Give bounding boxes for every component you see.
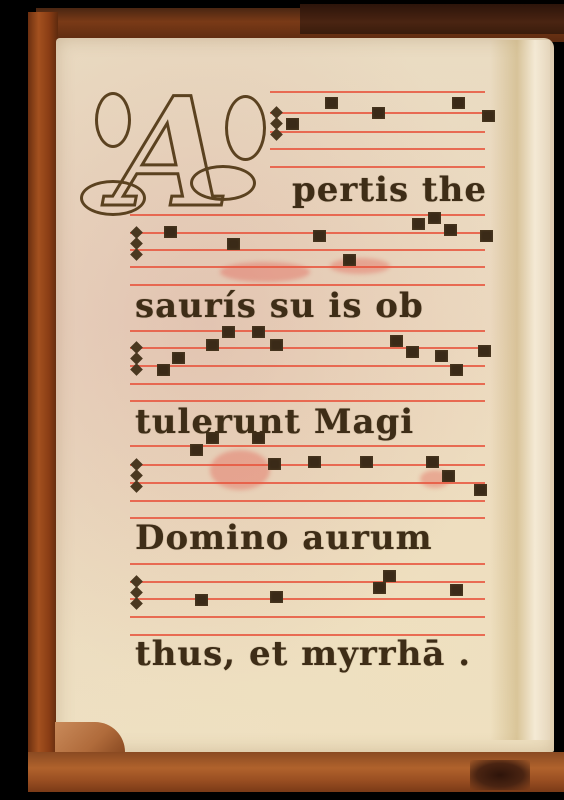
lyric-line-5: thus, et myrrhā . — [135, 634, 471, 674]
neume-note — [412, 218, 425, 230]
neume-note — [157, 364, 170, 376]
staff-line — [130, 266, 485, 268]
neume-note — [222, 326, 235, 338]
staff-line — [130, 500, 485, 502]
neume-note — [270, 339, 283, 351]
staff-line — [270, 131, 485, 133]
neume-note — [164, 226, 177, 238]
neume-note — [206, 339, 219, 351]
staff-line — [270, 166, 485, 168]
neume-note — [474, 484, 487, 496]
neume-note — [383, 570, 396, 582]
neume-note — [452, 97, 465, 109]
neume-note — [482, 110, 495, 122]
staff-line — [130, 249, 485, 251]
neume-note — [313, 230, 326, 242]
staff-line — [130, 330, 485, 332]
neume-note — [172, 352, 185, 364]
neume-note — [450, 584, 463, 596]
staff-line — [130, 445, 485, 447]
neume-note — [360, 456, 373, 468]
staff-line — [130, 347, 485, 349]
clef-icon — [132, 226, 142, 261]
staff-line — [130, 616, 485, 618]
clef-icon — [132, 575, 142, 610]
neume-note — [406, 346, 419, 358]
neume-note — [444, 224, 457, 236]
red-stain — [220, 262, 310, 282]
lyric-line-3: tulerunt Magi — [135, 402, 414, 442]
lyric-line-2: saurís su is ob — [135, 286, 424, 326]
neume-note — [450, 364, 463, 376]
staff-line — [130, 563, 485, 565]
neume-note — [442, 470, 455, 482]
neume-note — [308, 456, 321, 468]
lyric-line-1: pertis the — [292, 170, 487, 210]
staff-line — [130, 482, 485, 484]
wood-frame-left — [28, 12, 58, 792]
initial-flourish — [80, 180, 146, 216]
staff-line — [130, 581, 485, 583]
staff-line — [130, 232, 485, 234]
neume-note — [195, 594, 208, 606]
wood-frame-bottom-stain — [470, 760, 530, 790]
neume-note — [480, 230, 493, 242]
clef-icon — [132, 458, 142, 493]
neume-note — [325, 97, 338, 109]
neume-note — [372, 107, 385, 119]
initial-flourish — [95, 92, 131, 148]
neume-note — [286, 118, 299, 130]
neume-note — [268, 458, 281, 470]
neume-note — [390, 335, 403, 347]
staff-line — [130, 383, 485, 385]
page-fold — [490, 40, 550, 740]
neume-note — [428, 212, 441, 224]
clef-icon — [132, 341, 142, 376]
clef-icon — [272, 106, 282, 141]
initial-flourish — [225, 95, 266, 161]
neume-note — [478, 345, 491, 357]
neume-note — [343, 254, 356, 266]
neume-note — [373, 582, 386, 594]
staff-line — [130, 598, 485, 600]
neume-note — [227, 238, 240, 250]
red-stain — [210, 450, 270, 490]
neume-note — [190, 444, 203, 456]
staff-line — [270, 148, 485, 150]
neume-note — [426, 456, 439, 468]
neume-note — [252, 326, 265, 338]
neume-note — [435, 350, 448, 362]
wood-frame-top-dark — [300, 4, 564, 34]
staff-line — [130, 365, 485, 367]
lyric-line-4: Domino aurum — [135, 518, 433, 558]
initial-flourish — [190, 165, 256, 201]
staff-line — [270, 91, 485, 93]
neume-note — [270, 591, 283, 603]
